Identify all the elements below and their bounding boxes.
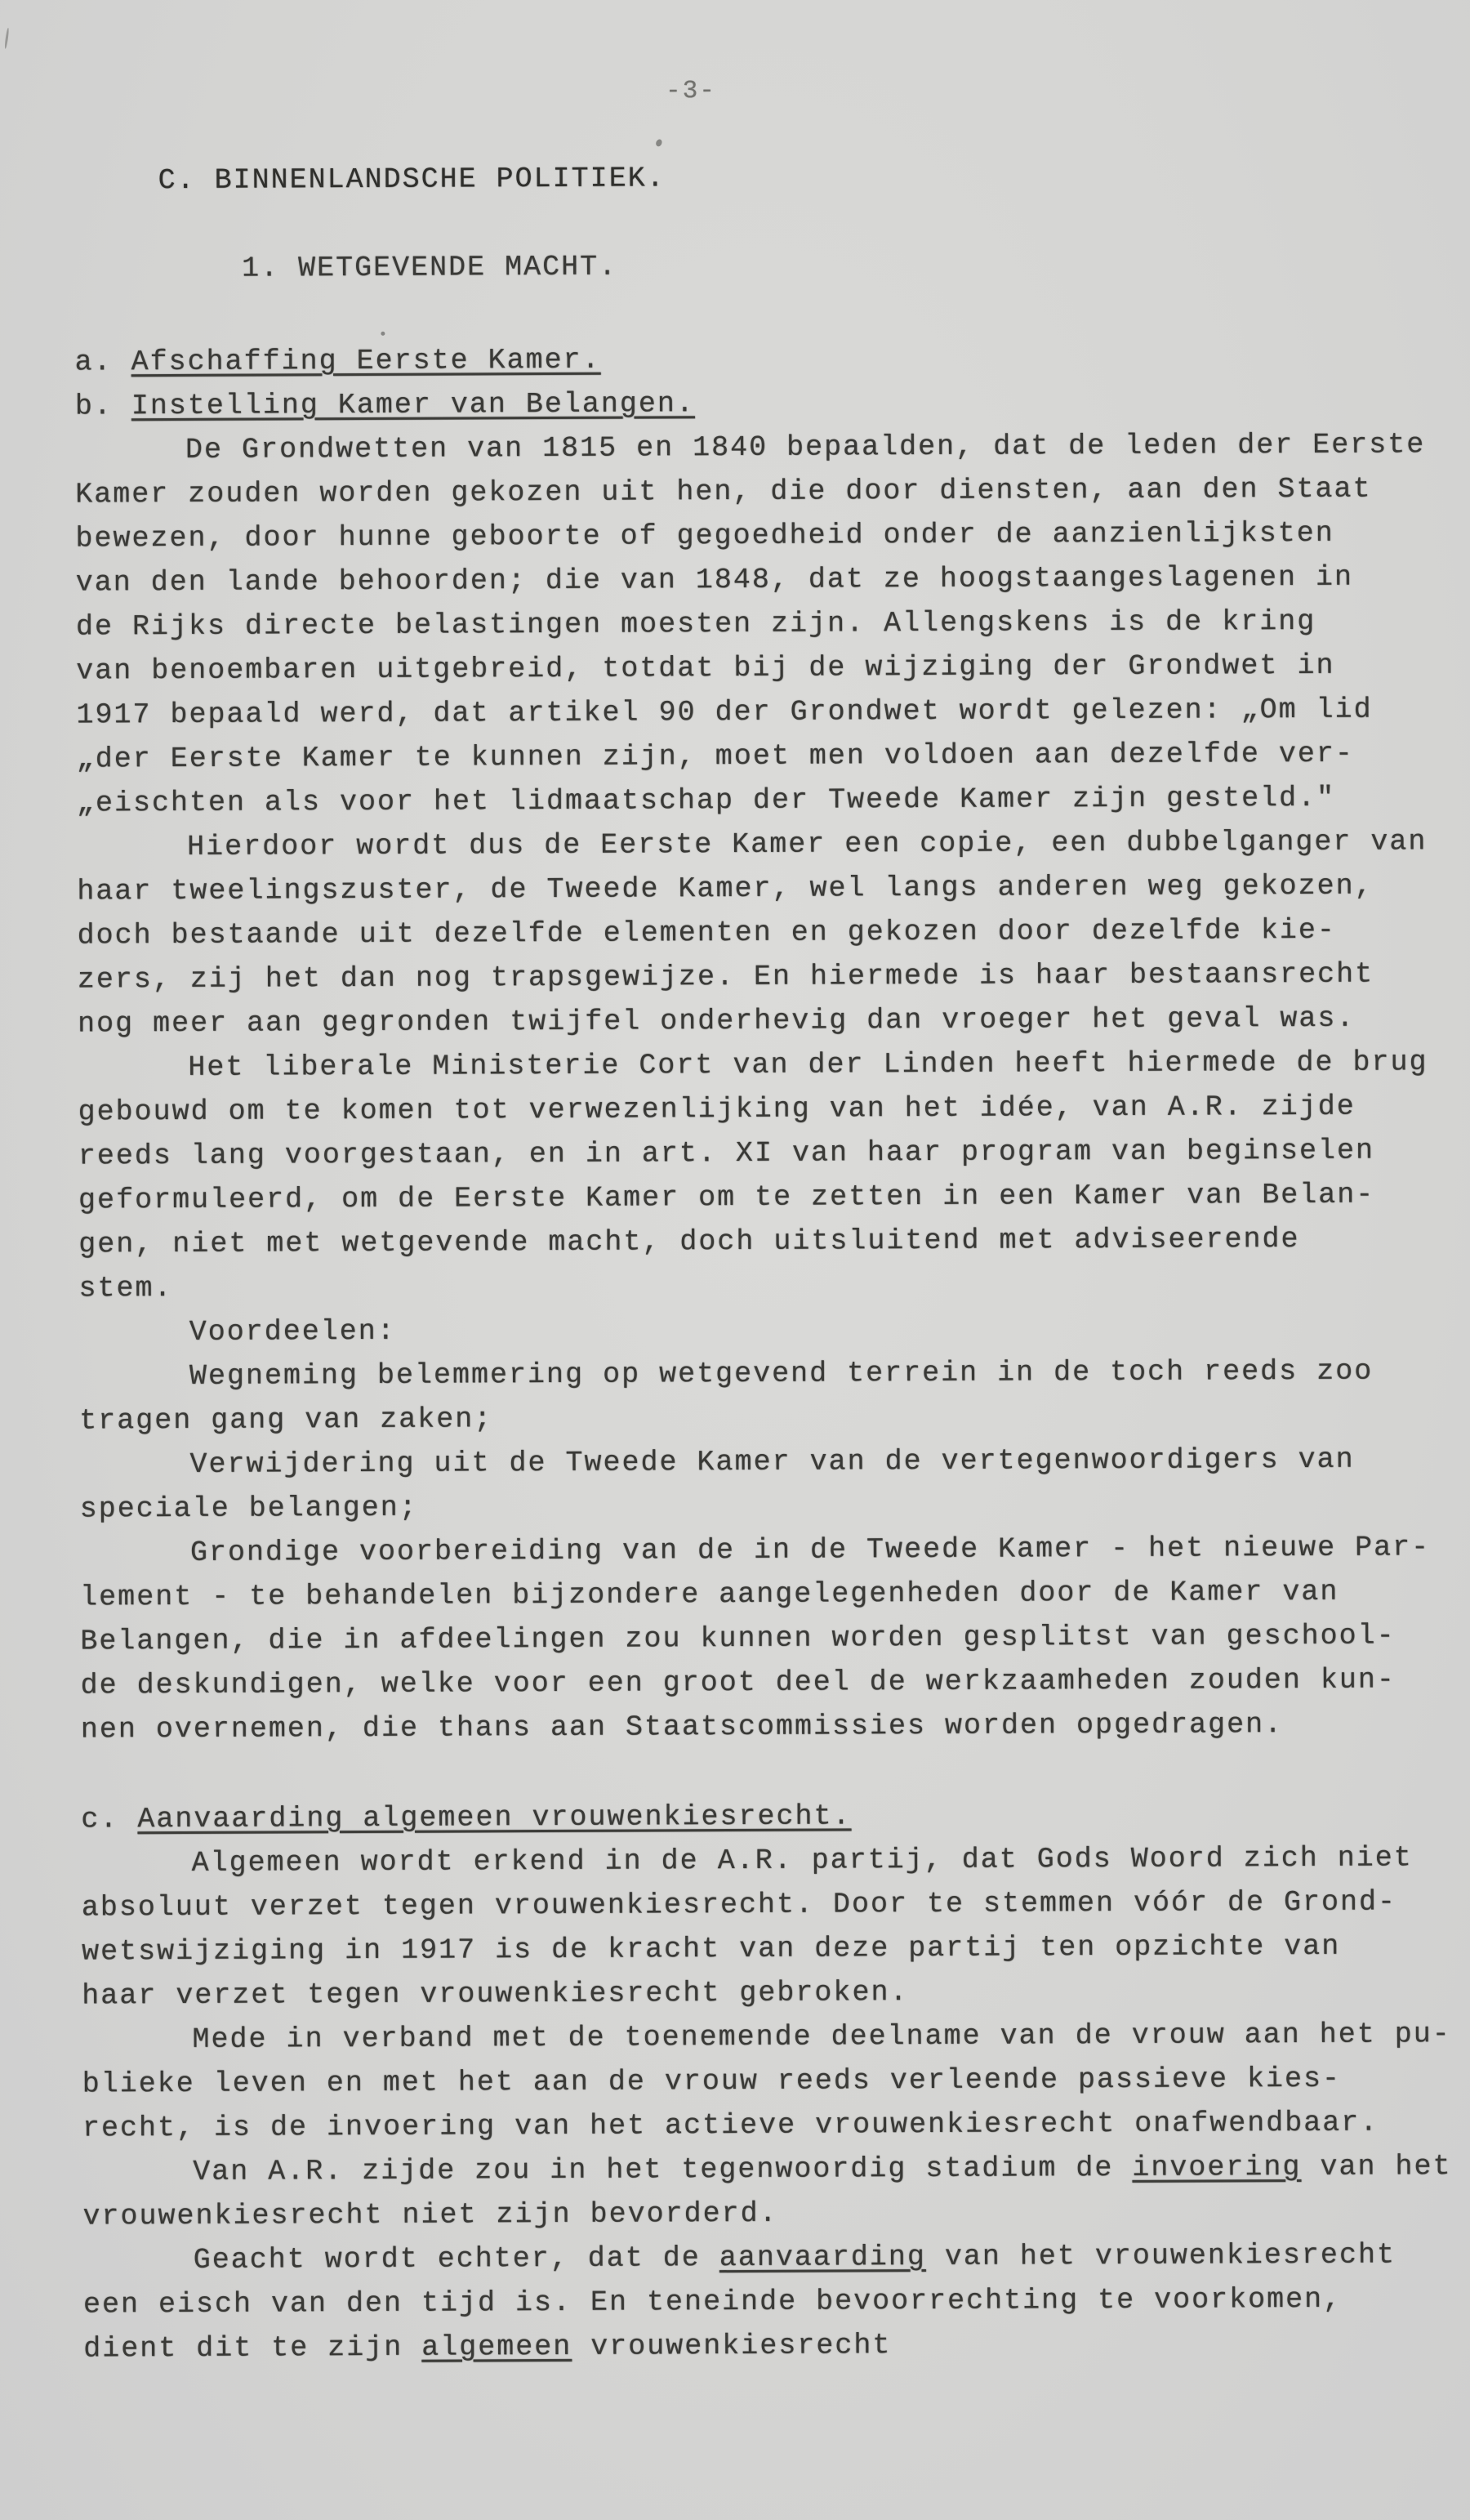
text-segment: zers, zij het dan nog trapsgewijze. En h…	[78, 958, 1374, 997]
text-segment: dient dit te zijn	[83, 2331, 421, 2366]
text-segment: Verwijdering uit de Tweede Kamer van de …	[189, 1443, 1354, 1481]
item-prefix: a.	[74, 346, 131, 378]
text-line: Verwijdering uit de Tweede Kamer van de …	[79, 1443, 1427, 1492]
text-segment: de Rijks directe belastingen moesten zij…	[76, 605, 1316, 644]
text-line: geformuleerd, om de Eerste Kamer om te z…	[78, 1178, 1426, 1228]
text-line: Hierdoor wordt dus de Eerste Kamer een c…	[77, 825, 1424, 875]
text-segment: gebouwd om te komen tot verwezenlijking …	[78, 1091, 1355, 1129]
text-segment: absoluut verzet tegen vrouwenkiesrecht. …	[82, 1885, 1396, 1924]
text-segment: stem.	[78, 1272, 172, 1305]
scanned-sheet: -3- C. BINNENLANDSCHE POLITIEK. 1. WETGE…	[0, 0, 1470, 2520]
text-line: speciale belangen;	[80, 1487, 1428, 1537]
text-segment: De Grondwetten van 1815 en 1840 bepaalde…	[185, 428, 1425, 466]
text-segment: Algemeen wordt erkend in de A.R. partij,…	[191, 1841, 1412, 1880]
text-line: gebouwd om te komen tot verwezenlijking …	[78, 1090, 1425, 1140]
underlined-text: Aanvaarding algemeen vrouwenkiesrecht.	[137, 1800, 851, 1835]
document-body: a. Afschaffing Eerste Kamer.b. Instellin…	[74, 340, 1431, 2376]
text-segment: vrouwenkiesrecht	[572, 2329, 891, 2363]
text-line: Kamer zouden worden gekozen uit hen, die…	[75, 472, 1423, 522]
underlined-text: aanvaarding	[719, 2241, 926, 2274]
item-prefix: b.	[75, 390, 131, 422]
text-segment: nog meer aan gegronden twijfel onderhevi…	[78, 1002, 1355, 1041]
text-segment: van het	[1301, 2150, 1451, 2183]
text-line: Algemeen wordt erkend in de A.R. partij,…	[81, 1841, 1428, 1891]
text-segment: Van A.R. zijde zou in het tegenwoordig s…	[193, 2152, 1132, 2188]
text-segment: vrouwenkiesrecht niet zijn bevorderd.	[82, 2197, 777, 2233]
scan-artifact	[655, 138, 663, 147]
text-segment: 1917 bepaald werd, dat artikel 90 der Gr…	[76, 694, 1372, 732]
text-segment: Voordeelen:	[189, 1315, 396, 1349]
text-segment: wetswijziging in 1917 is de kracht van d…	[82, 1930, 1340, 1969]
text-line: Geacht wordt echter, dat de aanvaarding …	[83, 2238, 1431, 2288]
text-segment: haar tweelingszuster, de Tweede Kamer, w…	[77, 870, 1373, 908]
text-segment: de deskundigen, welke voor een groot dee…	[81, 1663, 1396, 1702]
text-segment: reeds lang voorgestaan, en in art. XI va…	[78, 1135, 1374, 1173]
text-line: recht, is de invoering van het actieve v…	[82, 2106, 1430, 2156]
item-prefix: c.	[81, 1803, 137, 1835]
text-line: stem.	[78, 1266, 1426, 1316]
section-heading: C. BINNENLANDSCHE POLITIEK.	[158, 162, 665, 197]
text-line: reeds lang voorgestaan, en in art. XI va…	[78, 1134, 1426, 1184]
document-page: -3- C. BINNENLANDSCHE POLITIEK. 1. WETGE…	[0, 0, 1470, 2520]
text-segment: een eisch van den tijd is. En teneinde b…	[83, 2283, 1342, 2322]
list-item: a. Afschaffing Eerste Kamer.	[74, 340, 1422, 390]
text-line: doch bestaande uit dezelfde elementen en…	[78, 913, 1425, 963]
text-segment: Mede in verband met de toenemende deelna…	[192, 2018, 1450, 2056]
text-line: lement - te behandelen bijzondere aangel…	[80, 1575, 1428, 1625]
text-line: 1917 bepaald werd, dat artikel 90 der Gr…	[76, 693, 1423, 743]
text-line: „der Eerste Kamer te kunnen zijn, moet m…	[77, 737, 1424, 787]
text-line: Wegneming belemmering op wetgevend terre…	[79, 1354, 1427, 1404]
text-segment: gen, niet met wetgevende macht, doch uit…	[78, 1223, 1299, 1261]
list-item: c. Aanvaarding algemeen vrouwenkiesrecht…	[81, 1797, 1428, 1847]
text-line: „eischten als voor het lidmaatschap der …	[77, 781, 1424, 831]
subsection-heading: 1. WETGEVENDE MACHT.	[242, 251, 617, 285]
text-line: tragen gang van zaken;	[79, 1398, 1427, 1448]
text-segment: bewezen, door hunne geboorte of gegoedhe…	[75, 517, 1334, 555]
text-segment: haar verzet tegen vrouwenkiesrecht gebro…	[82, 1976, 908, 2012]
text-line: Belangen, die in afdeelingen zou kunnen …	[80, 1619, 1428, 1669]
text-segment: Wegneming belemmering op wetgevend terre…	[189, 1355, 1373, 1393]
text-line: vrouwenkiesrecht niet zijn bevorderd.	[82, 2194, 1430, 2244]
text-segment: „eischten als voor het lidmaatschap der …	[77, 782, 1335, 820]
text-line: Het liberale Ministerie Cort van der Lin…	[78, 1046, 1425, 1095]
text-segment: Belangen, die in afdeelingen zou kunnen …	[80, 1619, 1395, 1657]
text-line: de Rijks directe belastingen moesten zij…	[76, 604, 1423, 654]
text-segment: doch bestaande uit dezelfde elementen en…	[78, 914, 1336, 952]
text-segment: nen overnemen, die thans aan Staatscommi…	[81, 1708, 1283, 1746]
underlined-text: algemeen	[421, 2330, 572, 2364]
text-line: van den lande behoorden; die van 1848, d…	[76, 560, 1423, 610]
text-line: absoluut verzet tegen vrouwenkiesrecht. …	[82, 1885, 1429, 1935]
text-line: dient dit te zijn algemeen vrouwenkiesre…	[83, 2326, 1431, 2376]
text-line: gen, niet met wetgevende macht, doch uit…	[78, 1222, 1426, 1272]
text-line: de deskundigen, welke voor een groot dee…	[81, 1663, 1428, 1713]
text-segment: „der Eerste Kamer te kunnen zijn, moet m…	[77, 738, 1354, 776]
page-number: -3-	[666, 77, 716, 105]
text-segment: Kamer zouden worden gekozen uit hen, die…	[75, 473, 1371, 511]
text-segment: Geacht wordt echter, dat de	[194, 2241, 719, 2277]
text-line: van benoembaren uitgebreid, totdat bij d…	[76, 649, 1423, 698]
text-line: nen overnemen, die thans aan Staatscommi…	[81, 1707, 1428, 1757]
text-segment: speciale belangen;	[80, 1492, 418, 1526]
text-line: Voordeelen:	[79, 1310, 1427, 1360]
text-line: Grondige voorbereiding van de in de Twee…	[80, 1531, 1428, 1581]
text-segment: lement - te behandelen bijzondere aangel…	[80, 1576, 1339, 1614]
scan-artifact	[381, 332, 385, 336]
list-item: b. Instelling Kamer van Belangen.	[75, 384, 1423, 434]
text-line: Mede in verband met de toenemende deelna…	[82, 2018, 1429, 2067]
text-line: bewezen, door hunne geboorte of gegoedhe…	[75, 516, 1423, 566]
underlined-text: Afschaffing Eerste Kamer.	[131, 344, 600, 379]
text-line: zers, zij het dan nog trapsgewijze. En h…	[78, 957, 1425, 1007]
text-line: haar verzet tegen vrouwenkiesrecht gebro…	[82, 1974, 1429, 2023]
text-line: Van A.R. zijde zou in het tegenwoordig s…	[82, 2150, 1430, 2200]
underlined-text: invoering	[1132, 2151, 1301, 2184]
text-segment: recht, is de invoering van het actieve v…	[82, 2107, 1379, 2145]
underlined-text: Instelling Kamer van Belangen.	[131, 387, 695, 422]
text-line: wetswijziging in 1917 is de kracht van d…	[82, 1929, 1429, 1979]
scan-artifact	[4, 28, 9, 49]
text-line: De Grondwetten van 1815 en 1840 bepaalde…	[75, 428, 1423, 478]
text-line: een eisch van den tijd is. En teneinde b…	[83, 2282, 1431, 2332]
text-line: haar tweelingszuster, de Tweede Kamer, w…	[77, 869, 1424, 919]
text-segment: geformuleerd, om de Eerste Kamer om te z…	[78, 1179, 1374, 1217]
text-segment: van benoembaren uitgebreid, totdat bij d…	[76, 649, 1334, 688]
text-segment: tragen gang van zaken;	[79, 1403, 492, 1437]
text-segment: van het vrouwenkiesrecht	[926, 2238, 1396, 2273]
text-line: nog meer aan gegronden twijfel onderhevi…	[78, 1001, 1425, 1051]
text-segment: Het liberale Ministerie Cort van der Lin…	[188, 1046, 1428, 1084]
text-segment: Grondige voorbereiding van de in de Twee…	[190, 1531, 1430, 1569]
text-segment: Hierdoor wordt dus de Eerste Kamer een c…	[187, 825, 1427, 863]
text-line: blieke leven en met het aan de vrouw ree…	[82, 2062, 1430, 2112]
text-segment: van den lande behoorden; die van 1848, d…	[76, 561, 1353, 600]
text-segment: blieke leven en met het aan de vrouw ree…	[82, 2063, 1341, 2101]
